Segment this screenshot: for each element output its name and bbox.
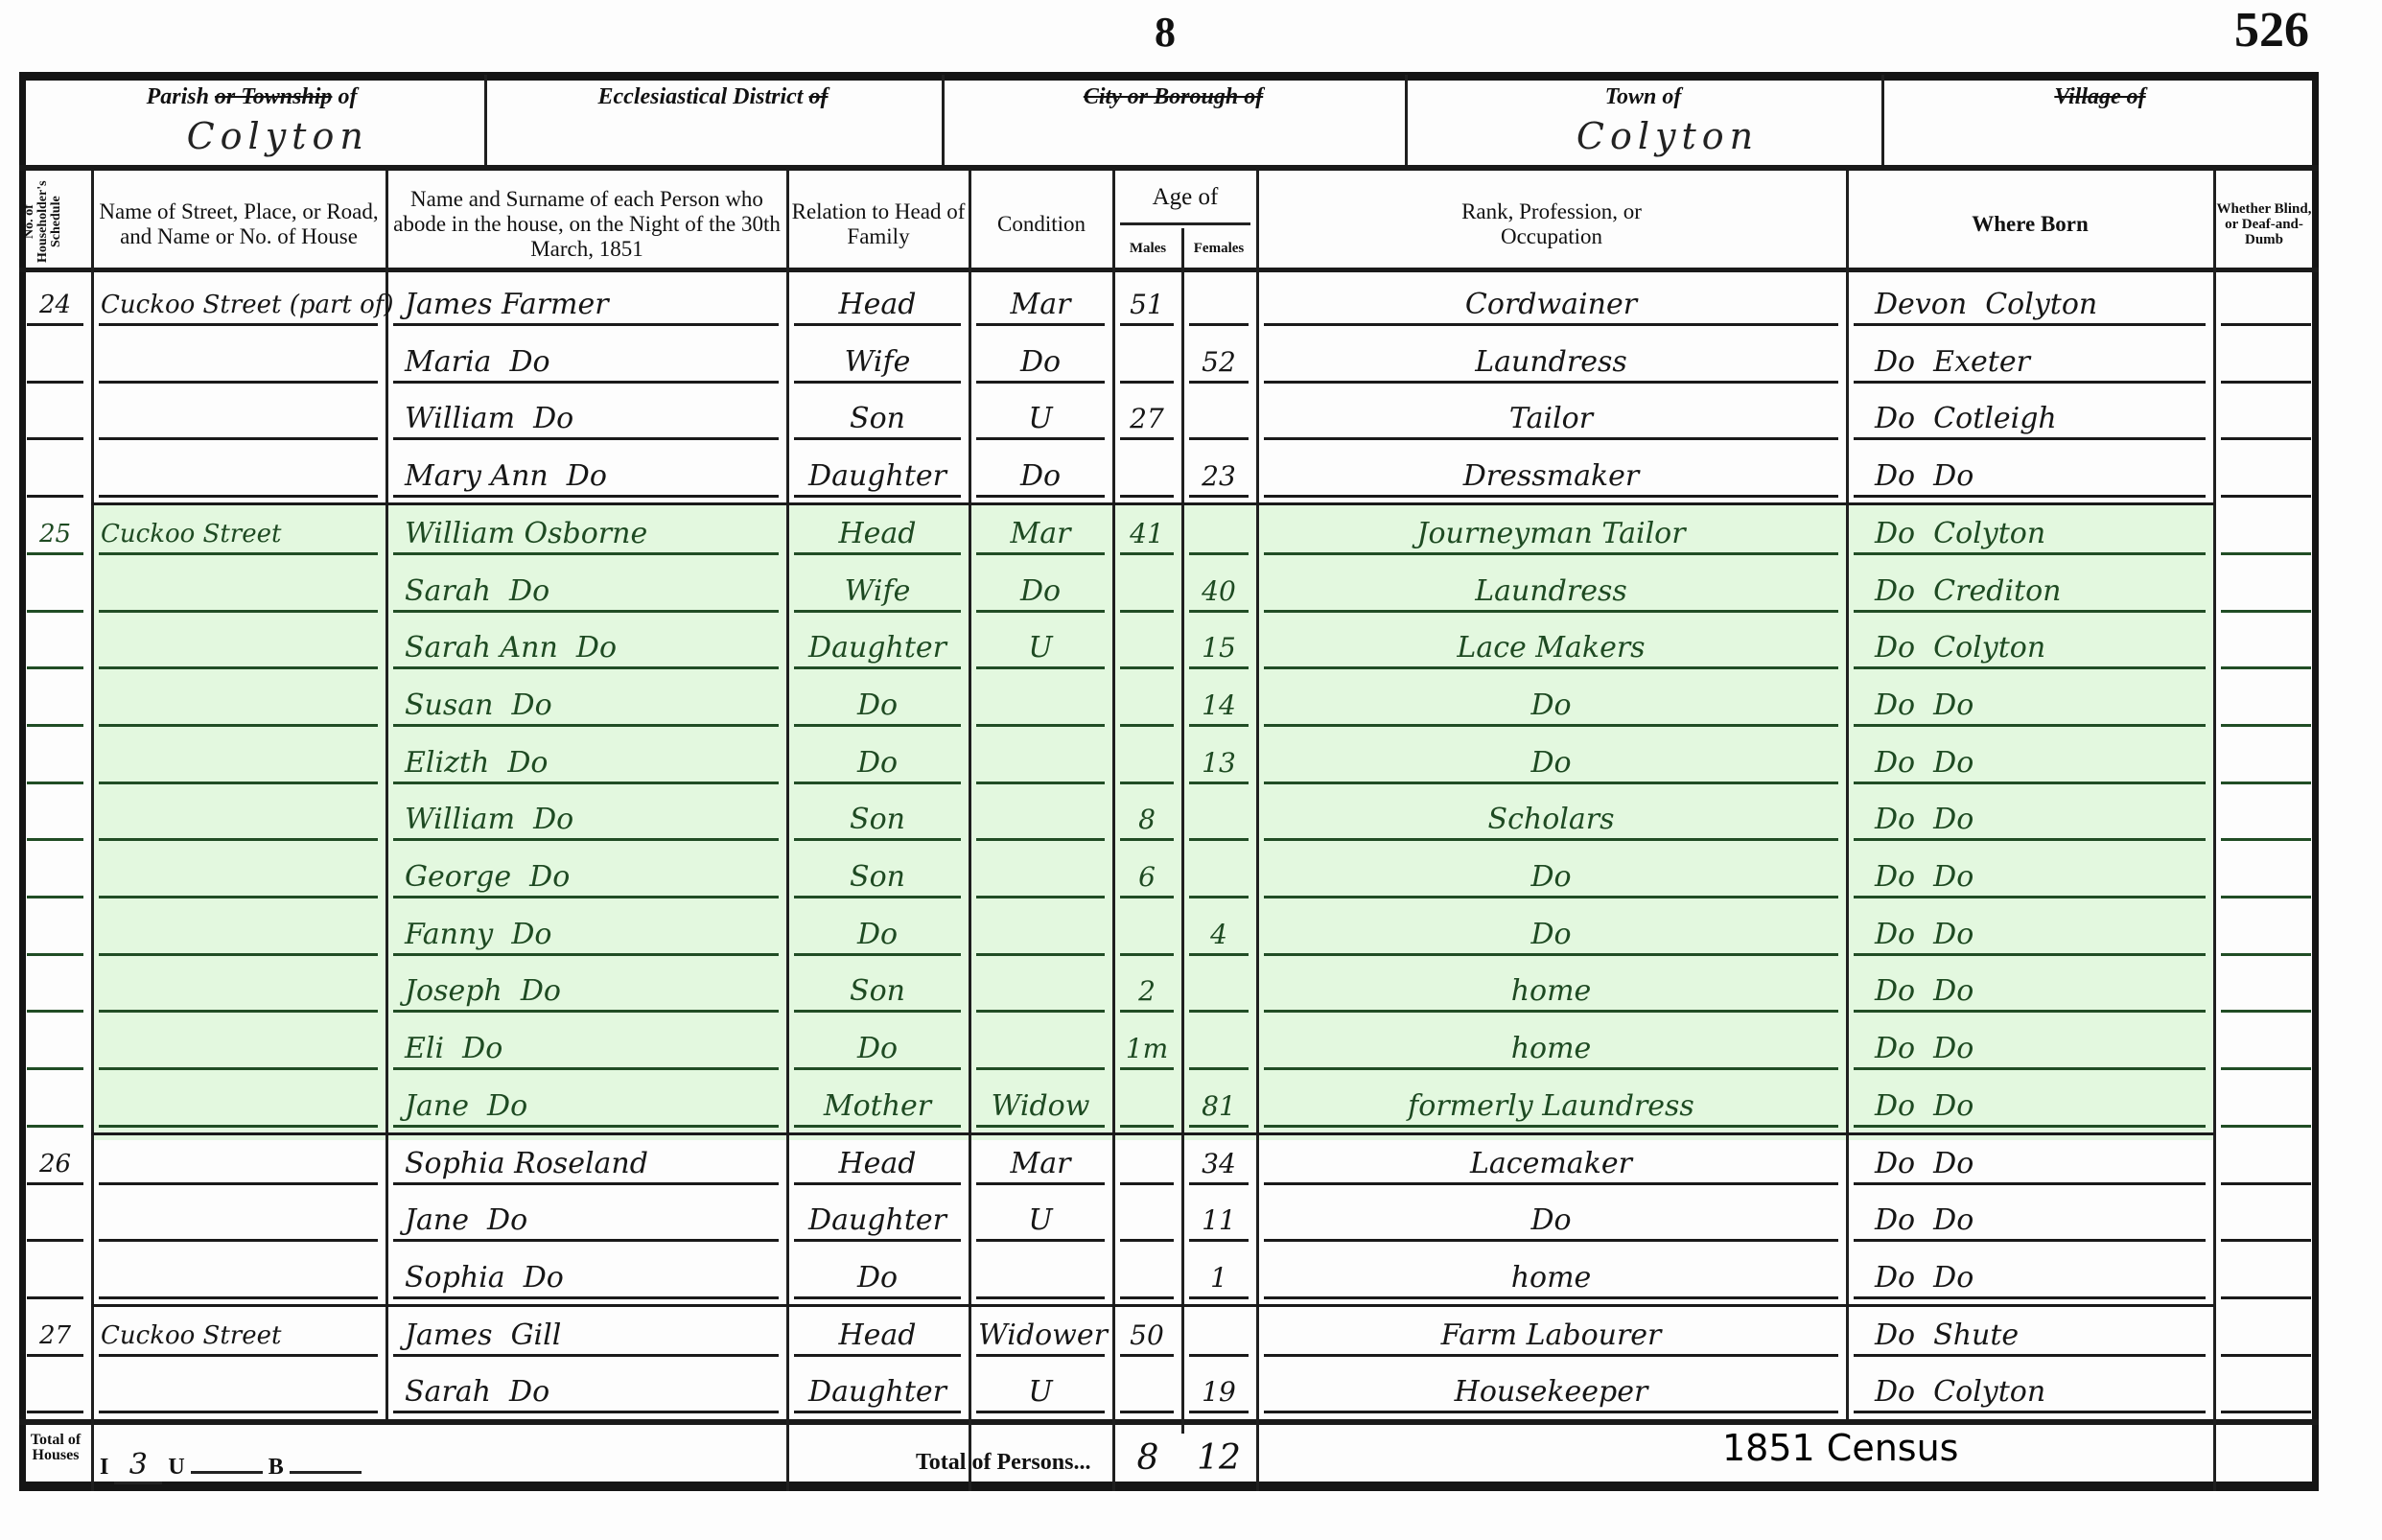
row-rule bbox=[1189, 838, 1249, 841]
cell-occupation: Laundress bbox=[1266, 343, 1836, 382]
row-rule bbox=[99, 495, 378, 498]
row-rule bbox=[2221, 323, 2311, 326]
cell-relation: Head bbox=[796, 286, 959, 324]
place-label-0: Parish or Township of bbox=[19, 84, 484, 110]
row-rule bbox=[1189, 1067, 1249, 1070]
row-rule bbox=[27, 1296, 83, 1299]
cell-occupation: Do bbox=[1266, 858, 1836, 897]
cell-street: Cuckoo Street bbox=[101, 515, 376, 553]
row-rule bbox=[976, 1010, 1105, 1013]
row-rule bbox=[2221, 724, 2311, 727]
row-rule bbox=[27, 782, 83, 784]
cell-occupation: Do bbox=[1266, 687, 1836, 725]
cell-schedule: 26 bbox=[29, 1145, 82, 1183]
row-rule bbox=[976, 896, 1105, 898]
table-row: William DoSonU27TailorDo Cotleigh bbox=[19, 388, 2319, 444]
cell-name: William Do bbox=[395, 400, 786, 438]
table-row: 24Cuckoo Street (part of)James FarmerHea… bbox=[19, 274, 2319, 330]
cell-occupation: Farm Labourer bbox=[1266, 1317, 1836, 1355]
row-rule bbox=[976, 1067, 1105, 1070]
row-rule bbox=[1120, 782, 1174, 784]
table-row: 25Cuckoo StreetWilliam OsborneHeadMar41J… bbox=[19, 503, 2319, 559]
place-value-0: Colyton bbox=[187, 115, 369, 157]
cell-occupation: Do bbox=[1266, 916, 1836, 954]
place-divider bbox=[484, 75, 487, 167]
row-rule bbox=[99, 1067, 378, 1070]
column-header-street: Name of Street, Place, or Road, and Name… bbox=[94, 180, 384, 268]
row-rule bbox=[27, 1125, 83, 1128]
cell-female-age: 23 bbox=[1191, 457, 1247, 496]
cell-relation: Daughter bbox=[796, 1373, 959, 1412]
cell-born: Do Do bbox=[1856, 687, 2223, 725]
cell-name: Jane Do bbox=[395, 1087, 786, 1126]
row-rule bbox=[2221, 552, 2311, 555]
table-row: Maria DoWifeDo52LaundressDo Exeter bbox=[19, 332, 2319, 387]
cell-relation: Head bbox=[796, 1145, 959, 1183]
cell-schedule: 25 bbox=[29, 515, 82, 553]
row-rule bbox=[2221, 1411, 2311, 1413]
place-value-3: Colyton bbox=[1576, 115, 1759, 157]
place-label-2: City or Borough of bbox=[942, 84, 1405, 110]
cell-male-age: 41 bbox=[1122, 515, 1172, 553]
table-row: Sarah DoWifeDo40LaundressDo Crediton bbox=[19, 561, 2319, 617]
row-rule bbox=[99, 381, 378, 384]
cell-born: Devon Colyton bbox=[1856, 286, 2223, 324]
place-divider bbox=[942, 75, 945, 167]
cell-relation: Mother bbox=[796, 1087, 959, 1126]
cell-occupation: Lacemaker bbox=[1266, 1145, 1836, 1183]
row-rule bbox=[99, 953, 378, 956]
row-rule bbox=[99, 782, 378, 784]
cell-relation: Do bbox=[796, 916, 959, 954]
cell-relation: Do bbox=[796, 1259, 959, 1297]
column-header-condition: Condition bbox=[971, 180, 1111, 268]
cell-name: James Gill bbox=[395, 1317, 786, 1355]
row-rule bbox=[1120, 953, 1174, 956]
table-row: Eli DoDo1mhomeDo Do bbox=[19, 1018, 2319, 1074]
place-divider bbox=[1405, 75, 1408, 167]
row-rule bbox=[1120, 1182, 1174, 1185]
row-rule bbox=[2221, 1182, 2311, 1185]
cell-condition: U bbox=[978, 1373, 1103, 1412]
cell-male-age: 2 bbox=[1122, 972, 1172, 1011]
table-row: William DoSon8ScholarsDo Do bbox=[19, 789, 2319, 845]
table-row: Susan DoDo14DoDo Do bbox=[19, 675, 2319, 731]
row-rule bbox=[99, 838, 378, 841]
cell-male-age: 51 bbox=[1122, 286, 1172, 324]
cell-born: Do Do bbox=[1856, 916, 2223, 954]
row-rule bbox=[1189, 552, 1249, 555]
census-caption: 1851 Census bbox=[1722, 1427, 1958, 1469]
row-rule bbox=[99, 610, 378, 613]
table-row: Fanny DoDo4DoDo Do bbox=[19, 904, 2319, 960]
cell-female-age: 15 bbox=[1191, 629, 1247, 667]
column-header-schedule: No. of Householder's Schedule bbox=[23, 175, 88, 268]
row-rule bbox=[976, 953, 1105, 956]
row-rule bbox=[99, 1010, 378, 1013]
row-rule bbox=[1189, 896, 1249, 898]
cell-condition: Widower bbox=[978, 1317, 1103, 1355]
cell-street: Cuckoo Street bbox=[101, 1317, 376, 1355]
cell-born: Do Do bbox=[1856, 1145, 2223, 1183]
cell-name: Joseph Do bbox=[395, 972, 786, 1011]
cell-male-age: 8 bbox=[1122, 801, 1172, 839]
table-row: Joseph DoSon2homeDo Do bbox=[19, 961, 2319, 1016]
row-rule bbox=[1189, 437, 1249, 440]
row-rule bbox=[2221, 896, 2311, 898]
row-rule bbox=[27, 896, 83, 898]
cell-occupation: Laundress bbox=[1266, 572, 1836, 611]
row-rule bbox=[1120, 666, 1174, 669]
cell-relation: Wife bbox=[796, 572, 959, 611]
cell-condition: Widow bbox=[978, 1087, 1103, 1126]
table-row: Jane DoDaughterU11DoDo Do bbox=[19, 1190, 2319, 1246]
cell-occupation: home bbox=[1266, 972, 1836, 1011]
cell-born: Do Do bbox=[1856, 744, 2223, 782]
row-rule bbox=[27, 437, 83, 440]
cell-street: Cuckoo Street (part of) bbox=[101, 286, 376, 324]
row-rule bbox=[99, 724, 378, 727]
cell-schedule: 24 bbox=[29, 286, 82, 324]
cell-occupation: Scholars bbox=[1266, 801, 1836, 839]
row-rule bbox=[1120, 1125, 1174, 1128]
cell-occupation: Lace Makers bbox=[1266, 629, 1836, 667]
row-rule bbox=[976, 724, 1105, 727]
cell-female-age: 52 bbox=[1191, 343, 1247, 382]
row-rule bbox=[27, 495, 83, 498]
place-label-1: Ecclesiastical District of bbox=[484, 84, 942, 110]
column-header-relation: Relation to Head of Family bbox=[789, 180, 968, 268]
table-row: Sophia DoDo1homeDo Do bbox=[19, 1248, 2319, 1303]
cell-born: Do Cotleigh bbox=[1856, 400, 2223, 438]
cell-occupation: Housekeeper bbox=[1266, 1373, 1836, 1412]
row-rule bbox=[2221, 495, 2311, 498]
cell-condition: Do bbox=[978, 343, 1103, 382]
table-row: 26Sophia RoselandHeadMar34LacemakerDo Do bbox=[19, 1133, 2319, 1189]
cell-female-age: 19 bbox=[1191, 1373, 1247, 1412]
cell-name: Eli Do bbox=[395, 1030, 786, 1068]
cell-born: Do Do bbox=[1856, 1259, 2223, 1297]
row-rule bbox=[1120, 724, 1174, 727]
cell-name: George Do bbox=[395, 858, 786, 897]
table-row: Elizth DoDo13DoDo Do bbox=[19, 733, 2319, 788]
cell-born: Do Do bbox=[1856, 1087, 2223, 1126]
cell-male-age: 1m bbox=[1122, 1030, 1172, 1068]
cell-male-age: 50 bbox=[1122, 1317, 1172, 1355]
table-row: Sarah DoDaughterU19HousekeeperDo Colyton bbox=[19, 1362, 2319, 1417]
cell-female-age: 40 bbox=[1191, 572, 1247, 611]
row-rule bbox=[2221, 381, 2311, 384]
total-males: 8 bbox=[1115, 1438, 1180, 1478]
cell-name: Sarah Do bbox=[395, 572, 786, 611]
cell-name: William Osborne bbox=[395, 515, 786, 553]
cell-name: Jane Do bbox=[395, 1202, 786, 1240]
row-rule bbox=[99, 896, 378, 898]
cell-relation: Son bbox=[796, 801, 959, 839]
cell-born: Do Colyton bbox=[1856, 629, 2223, 667]
cell-relation: Son bbox=[796, 400, 959, 438]
cell-female-age: 14 bbox=[1191, 687, 1247, 725]
row-rule bbox=[1120, 381, 1174, 384]
cell-relation: Head bbox=[796, 1317, 959, 1355]
row-rule bbox=[2221, 1296, 2311, 1299]
row-rule bbox=[27, 953, 83, 956]
cell-relation: Daughter bbox=[796, 629, 959, 667]
row-rule bbox=[1189, 1010, 1249, 1013]
cell-born: Do Do bbox=[1856, 801, 2223, 839]
row-rule bbox=[27, 724, 83, 727]
cell-name: Sophia Do bbox=[395, 1259, 786, 1297]
cell-born: Do Do bbox=[1856, 972, 2223, 1011]
cell-schedule: 27 bbox=[29, 1317, 82, 1355]
cell-name: Maria Do bbox=[395, 343, 786, 382]
cell-name: Elizth Do bbox=[395, 744, 786, 782]
household-separator bbox=[91, 502, 2213, 505]
row-rule bbox=[2221, 610, 2311, 613]
row-rule bbox=[2221, 1125, 2311, 1128]
row-rule bbox=[976, 782, 1105, 784]
cell-occupation: home bbox=[1266, 1030, 1836, 1068]
cell-name: Fanny Do bbox=[395, 916, 786, 954]
cell-born: Do Do bbox=[1856, 457, 2223, 496]
table-row: Sarah Ann DoDaughterU15Lace MakersDo Col… bbox=[19, 618, 2319, 673]
cell-relation: Son bbox=[796, 972, 959, 1011]
table-row: George DoSon6DoDo Do bbox=[19, 847, 2319, 902]
cell-condition: Mar bbox=[978, 515, 1103, 553]
total-houses-label: Total of Houses bbox=[23, 1433, 88, 1463]
row-rule bbox=[99, 1239, 378, 1242]
cell-name: Sarah Ann Do bbox=[395, 629, 786, 667]
row-rule bbox=[27, 610, 83, 613]
total-persons-label: Total of Persons... bbox=[916, 1450, 1090, 1476]
inhabited-value: 3 bbox=[114, 1448, 162, 1484]
column-header-age: Age of bbox=[1115, 178, 1255, 217]
row-rule bbox=[27, 381, 83, 384]
cell-female-age: 4 bbox=[1191, 916, 1247, 954]
column-header-males: Males bbox=[1115, 234, 1180, 263]
cell-born: Do Colyton bbox=[1856, 515, 2223, 553]
cell-female-age: 13 bbox=[1191, 744, 1247, 782]
cell-name: William Do bbox=[395, 801, 786, 839]
cell-condition: U bbox=[978, 400, 1103, 438]
uninhabited-value bbox=[191, 1471, 263, 1474]
row-rule bbox=[2221, 1010, 2311, 1013]
inhabited-label: I bbox=[100, 1455, 108, 1481]
page-number-center: 8 bbox=[1155, 8, 1176, 57]
cell-occupation: home bbox=[1266, 1259, 1836, 1297]
table-row: Mary Ann DoDaughterDo23DressmakerDo Do bbox=[19, 446, 2319, 502]
cell-name: Susan Do bbox=[395, 687, 786, 725]
row-rule bbox=[1120, 1411, 1174, 1413]
row-rule bbox=[1120, 610, 1174, 613]
cell-male-age: 6 bbox=[1122, 858, 1172, 897]
row-rule bbox=[99, 666, 378, 669]
column-header-blind-deaf: Whether Blind, or Deaf-and-Dumb bbox=[2216, 180, 2312, 268]
row-rule bbox=[27, 666, 83, 669]
row-rule bbox=[2221, 953, 2311, 956]
household-separator bbox=[91, 1132, 2213, 1135]
uninhabited-label: U bbox=[168, 1455, 184, 1481]
row-rule bbox=[2221, 1067, 2311, 1070]
row-rule bbox=[99, 1182, 378, 1185]
row-rule bbox=[27, 1010, 83, 1013]
cell-occupation: Journeyman Tailor bbox=[1266, 515, 1836, 553]
cell-born: Do Colyton bbox=[1856, 1373, 2223, 1412]
row-rule bbox=[2221, 666, 2311, 669]
table-row: Jane DoMotherWidow81formerly LaundressDo… bbox=[19, 1076, 2319, 1132]
cell-relation: Head bbox=[796, 515, 959, 553]
cell-occupation: Do bbox=[1266, 1202, 1836, 1240]
total-females: 12 bbox=[1183, 1438, 1254, 1478]
row-rule bbox=[27, 1411, 83, 1413]
row-rule bbox=[1189, 323, 1249, 326]
cell-female-age: 1 bbox=[1191, 1259, 1247, 1297]
table-row: 27Cuckoo StreetJames GillHeadWidower50Fa… bbox=[19, 1305, 2319, 1361]
cell-born: Do Crediton bbox=[1856, 572, 2223, 611]
totals-divider bbox=[19, 1419, 2319, 1425]
building-value bbox=[290, 1471, 362, 1474]
cell-born: Do Do bbox=[1856, 1202, 2223, 1240]
cell-female-age: 11 bbox=[1191, 1202, 1247, 1240]
row-rule bbox=[99, 1125, 378, 1128]
cell-relation: Daughter bbox=[796, 457, 959, 496]
cell-born: Do Do bbox=[1856, 1030, 2223, 1068]
cell-condition: U bbox=[978, 1202, 1103, 1240]
row-rule bbox=[2221, 437, 2311, 440]
houses-count-group: I 3 U B bbox=[100, 1448, 362, 1484]
row-rule bbox=[976, 838, 1105, 841]
cell-born: Do Exeter bbox=[1856, 343, 2223, 382]
cell-name: James Farmer bbox=[395, 286, 786, 324]
cell-relation: Wife bbox=[796, 343, 959, 382]
header-divider bbox=[19, 165, 2319, 171]
cell-condition: Do bbox=[978, 572, 1103, 611]
place-divider bbox=[1881, 75, 1884, 167]
cell-condition: Do bbox=[978, 457, 1103, 496]
row-rule bbox=[27, 1239, 83, 1242]
cell-occupation: Dressmaker bbox=[1266, 457, 1836, 496]
row-rule bbox=[99, 1411, 378, 1413]
row-rule bbox=[1189, 1354, 1249, 1357]
column-header-females: Females bbox=[1183, 234, 1254, 263]
cell-condition: Mar bbox=[978, 286, 1103, 324]
building-label: B bbox=[269, 1455, 284, 1481]
cell-relation: Daughter bbox=[796, 1202, 959, 1240]
place-label-3: Town of bbox=[1405, 84, 1881, 110]
cell-name: Mary Ann Do bbox=[395, 457, 786, 496]
page-number-right: 526 bbox=[2234, 2, 2309, 58]
row-rule bbox=[2221, 838, 2311, 841]
cell-male-age: 27 bbox=[1122, 400, 1172, 438]
cell-relation: Son bbox=[796, 858, 959, 897]
cell-born: Do Shute bbox=[1856, 1317, 2223, 1355]
cell-relation: Do bbox=[796, 744, 959, 782]
cell-relation: Do bbox=[796, 687, 959, 725]
row-rule bbox=[976, 1296, 1105, 1299]
row-rule bbox=[2221, 1354, 2311, 1357]
row-rule bbox=[1120, 1296, 1174, 1299]
row-rule bbox=[27, 1067, 83, 1070]
place-label-4: Village of bbox=[1881, 84, 2319, 110]
row-rule bbox=[27, 838, 83, 841]
row-rule bbox=[99, 1296, 378, 1299]
row-rule bbox=[2221, 1239, 2311, 1242]
row-rule bbox=[99, 437, 378, 440]
cell-occupation: formerly Laundress bbox=[1266, 1087, 1836, 1126]
cell-female-age: 34 bbox=[1191, 1145, 1247, 1183]
cell-name: Sarah Do bbox=[395, 1373, 786, 1412]
cell-occupation: Tailor bbox=[1266, 400, 1836, 438]
row-rule bbox=[1120, 495, 1174, 498]
cell-condition: U bbox=[978, 629, 1103, 667]
household-separator bbox=[91, 1304, 2213, 1307]
column-header-where-born: Where Born bbox=[1849, 180, 2211, 268]
cell-occupation: Do bbox=[1266, 744, 1836, 782]
row-rule bbox=[2221, 782, 2311, 784]
age-divider bbox=[1120, 222, 1250, 225]
column-header-name: Name and Surname of each Person who abod… bbox=[388, 180, 785, 268]
cell-condition: Mar bbox=[978, 1145, 1103, 1183]
column-header-occupation: Rank, Profession, or Occupation bbox=[1259, 180, 1844, 268]
cell-occupation: Cordwainer bbox=[1266, 286, 1836, 324]
cell-female-age: 81 bbox=[1191, 1087, 1247, 1126]
row-rule bbox=[1120, 1239, 1174, 1242]
cell-born: Do Do bbox=[1856, 858, 2223, 897]
cell-name: Sophia Roseland bbox=[395, 1145, 786, 1183]
cell-relation: Do bbox=[796, 1030, 959, 1068]
